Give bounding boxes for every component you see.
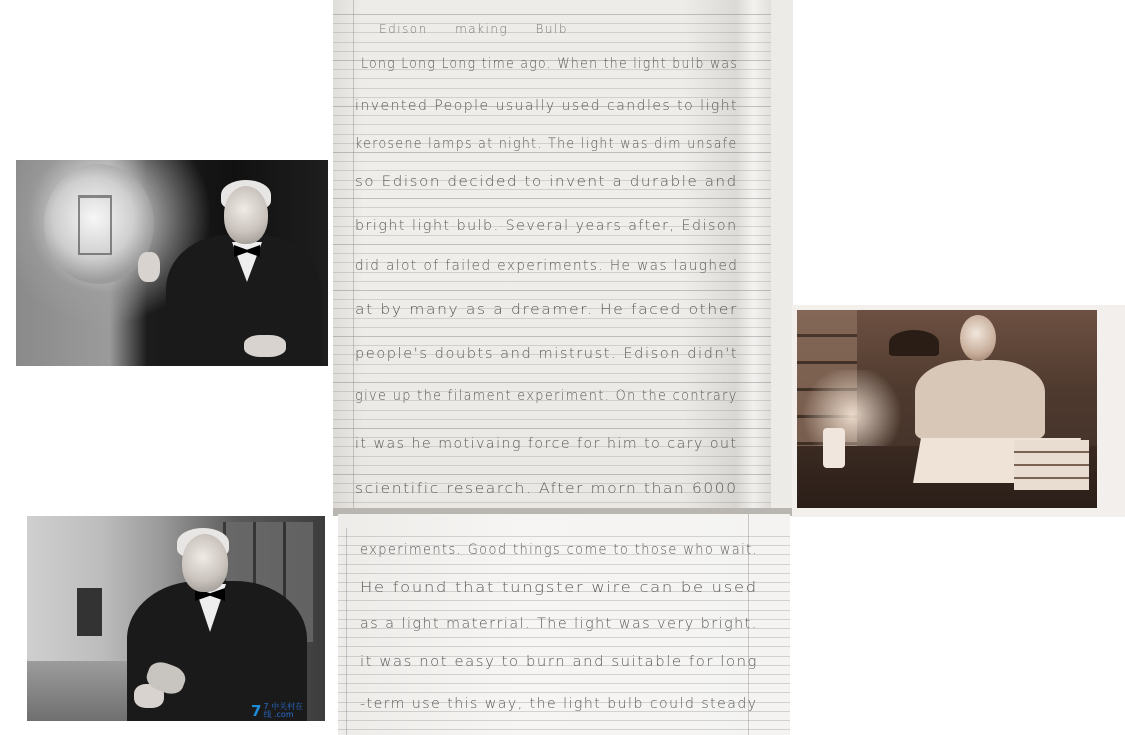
ruled-line	[338, 729, 790, 730]
margin-line	[346, 528, 347, 735]
handwritten-line: experiments. Good things come to those w…	[360, 542, 758, 558]
edison-face	[182, 534, 228, 592]
ruled-line	[338, 683, 790, 684]
ruled-line	[333, 161, 771, 162]
ruled-line	[338, 573, 790, 574]
ruled-line	[333, 124, 771, 125]
handwritten-line: as a light materrial. The light was very…	[360, 616, 758, 632]
ruled-line	[333, 115, 771, 116]
ruled-line	[338, 646, 790, 647]
ruled-line	[333, 51, 771, 52]
ruled-line	[333, 78, 771, 79]
ruled-line	[333, 474, 771, 475]
ruled-line	[333, 382, 771, 383]
notebook-page-top: Edison making Bulb Long Long Long time a…	[333, 0, 771, 512]
desk-books	[1014, 440, 1089, 490]
ruled-line	[333, 198, 771, 199]
ruled-line	[333, 456, 771, 457]
ruled-line	[333, 502, 771, 503]
ruled-line	[338, 564, 790, 565]
ruled-line	[333, 419, 771, 420]
handwritten-line: at by many as a dreamer. He faced other	[355, 302, 738, 318]
handwritten-line: did alot of failed experiments. He was l…	[355, 258, 738, 274]
handwritten-line: bright light bulb. Several years after, …	[355, 218, 738, 234]
ruled-line	[333, 290, 771, 291]
watermark-logo: 7 7 中关村在线 .com	[251, 703, 309, 719]
ruled-line	[333, 207, 771, 208]
watermark-text: 7 中关村在线 .com	[263, 703, 309, 719]
photo-edison-at-desk	[797, 310, 1097, 508]
handwritten-line: -term use this way, the light bulb could…	[360, 696, 758, 712]
edison-face	[960, 315, 996, 361]
ruled-line	[333, 410, 771, 411]
ruled-line	[333, 88, 771, 89]
edison-shirt	[915, 360, 1045, 440]
handwritten-line: Long Long Long time ago. When the light …	[361, 56, 738, 72]
lab-fuse-box	[77, 588, 102, 636]
ruled-line	[333, 465, 771, 466]
ruled-line	[338, 610, 790, 611]
ruled-line	[333, 327, 771, 328]
notebook-page-bottom: experiments. Good things come to those w…	[338, 514, 790, 735]
ruled-line	[333, 32, 771, 33]
ruled-line	[333, 373, 771, 374]
bulb-filament-image	[78, 195, 112, 255]
photo-edison-with-giant-bulb	[16, 160, 328, 366]
handwritten-line: it was he motivaing force for him to car…	[355, 436, 738, 452]
handwritten-line: scientific research. After morn than 600…	[355, 481, 738, 497]
desk-lamp	[889, 330, 939, 356]
ruled-line	[333, 253, 771, 254]
ruled-line	[338, 536, 790, 537]
handwritten-line: it was not easy to burn and suitable for…	[360, 654, 758, 670]
ruled-line	[333, 364, 771, 365]
edison-hand	[244, 335, 286, 357]
ruled-line	[338, 637, 790, 638]
edison-hand-on-bulb	[138, 252, 160, 282]
photo-edison-in-lab: 7 7 中关村在线 .com	[27, 516, 325, 721]
ruled-line	[333, 134, 771, 135]
handwritten-line: people's doubts and mistrust. Edison did…	[355, 346, 738, 362]
ruled-line	[333, 299, 771, 300]
ruled-line	[338, 692, 790, 693]
ruled-line	[338, 720, 790, 721]
ruled-line	[338, 674, 790, 675]
notebook-page-edge	[771, 0, 793, 512]
margin-line	[353, 0, 354, 512]
handwritten-line: invented People usually used candles to …	[355, 98, 738, 114]
ruled-line	[338, 600, 790, 601]
ruled-line	[333, 170, 771, 171]
handwritten-line: so Edison decided to invent a durable an…	[355, 174, 738, 190]
ruled-line	[333, 14, 771, 15]
edison-face	[224, 186, 268, 244]
handwritten-line: kerosene lamps at night. The light was d…	[355, 136, 738, 152]
ruled-line	[333, 152, 771, 153]
ruled-line	[333, 235, 771, 236]
ruled-line	[333, 42, 771, 43]
ruled-line	[333, 281, 771, 282]
ruled-line	[333, 336, 771, 337]
handwritten-line: give up the filament experiment. On the …	[355, 388, 738, 404]
desk-jar	[823, 428, 845, 468]
watermark-seven-icon: 7	[251, 703, 261, 719]
ruled-line	[333, 23, 771, 24]
ruled-line	[333, 428, 771, 429]
ruled-line	[333, 244, 771, 245]
handwritten-line: He found that tungster wire can be used	[360, 580, 758, 596]
